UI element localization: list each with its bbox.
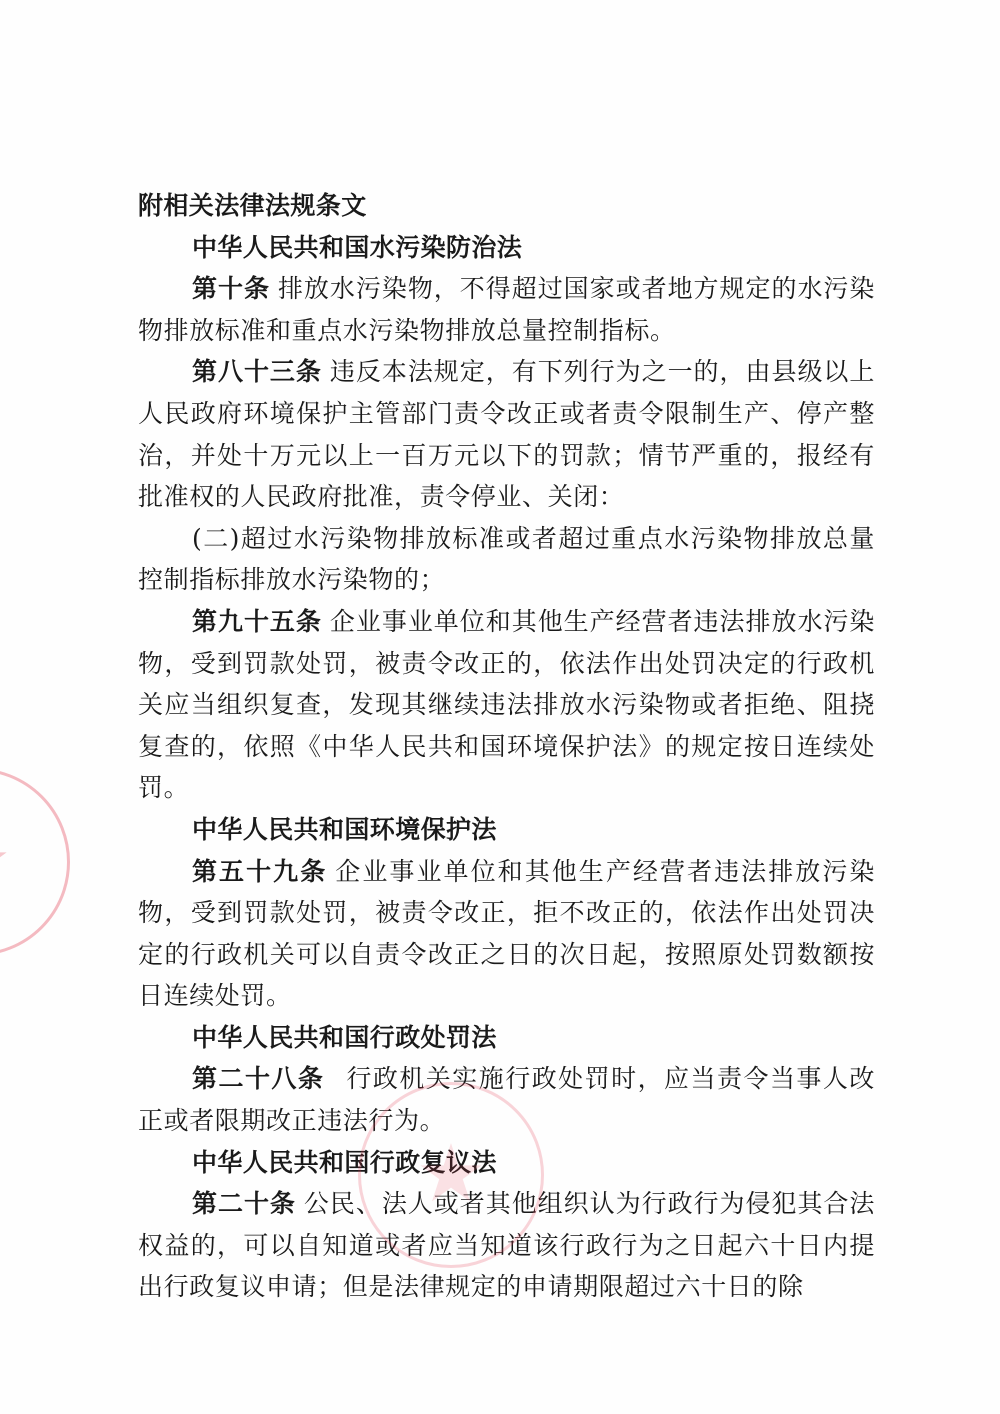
law-title: 中华人民共和国行政复议法 xyxy=(138,1142,875,1184)
article: 第十条排放水污染物，不得超过国家或者地方规定的水污染物排放标准和重点水污染物排放… xyxy=(138,268,875,351)
law-title: 中华人民共和国环境保护法 xyxy=(138,809,875,851)
article-number: 第二十条 xyxy=(192,1189,296,1218)
star-icon: ★ xyxy=(0,822,12,902)
document-body: 附相关法律法规条文 中华人民共和国水污染防治法 第十条排放水污染物，不得超过国家… xyxy=(138,185,875,1308)
article: 第二十八条行政机关实施行政处罚时，应当责令当事人改正或者限期改正违法行为。 xyxy=(138,1058,875,1141)
document-heading: 附相关法律法规条文 xyxy=(138,185,875,227)
article-number: 第五十九条 xyxy=(192,857,327,886)
law-title: 中华人民共和国水污染防治法 xyxy=(138,227,875,269)
article-number: 第二十八条 xyxy=(192,1064,324,1093)
document-page: ★ 附相关法律法规条文 中华人民共和国水污染防治法 第十条排放水污染物，不得超过… xyxy=(0,0,1000,1414)
article-number: 第九十五条 xyxy=(192,607,322,636)
article: 第二十条公民、法人或者其他组织认为行政行为侵犯其合法权益的，可以自知道或者应当知… xyxy=(138,1183,875,1308)
official-seal-partial: ★ xyxy=(0,768,70,956)
law-title: 中华人民共和国行政处罚法 xyxy=(138,1017,875,1059)
article-text: 企业事业单位和其他生产经营者违法排放水污染物，受到罚款处罚，被责令改正的，依法作… xyxy=(138,607,875,802)
article: 第五十九条企业事业单位和其他生产经营者违法排放污染物，受到罚款处罚，被责令改正，… xyxy=(138,851,875,1017)
article: 第八十三条违反本法规定，有下列行为之一的，由县级以上人民政府环境保护主管部门责令… xyxy=(138,351,875,517)
article-number: 第八十三条 xyxy=(192,357,322,386)
article: 第九十五条企业事业单位和其他生产经营者违法排放水污染物，受到罚款处罚，被责令改正… xyxy=(138,601,875,809)
article-number: 第十条 xyxy=(192,274,270,303)
article-item: (二)超过水污染物排放标准或者超过重点水污染物排放总量控制指标排放水污染物的； xyxy=(138,518,875,601)
